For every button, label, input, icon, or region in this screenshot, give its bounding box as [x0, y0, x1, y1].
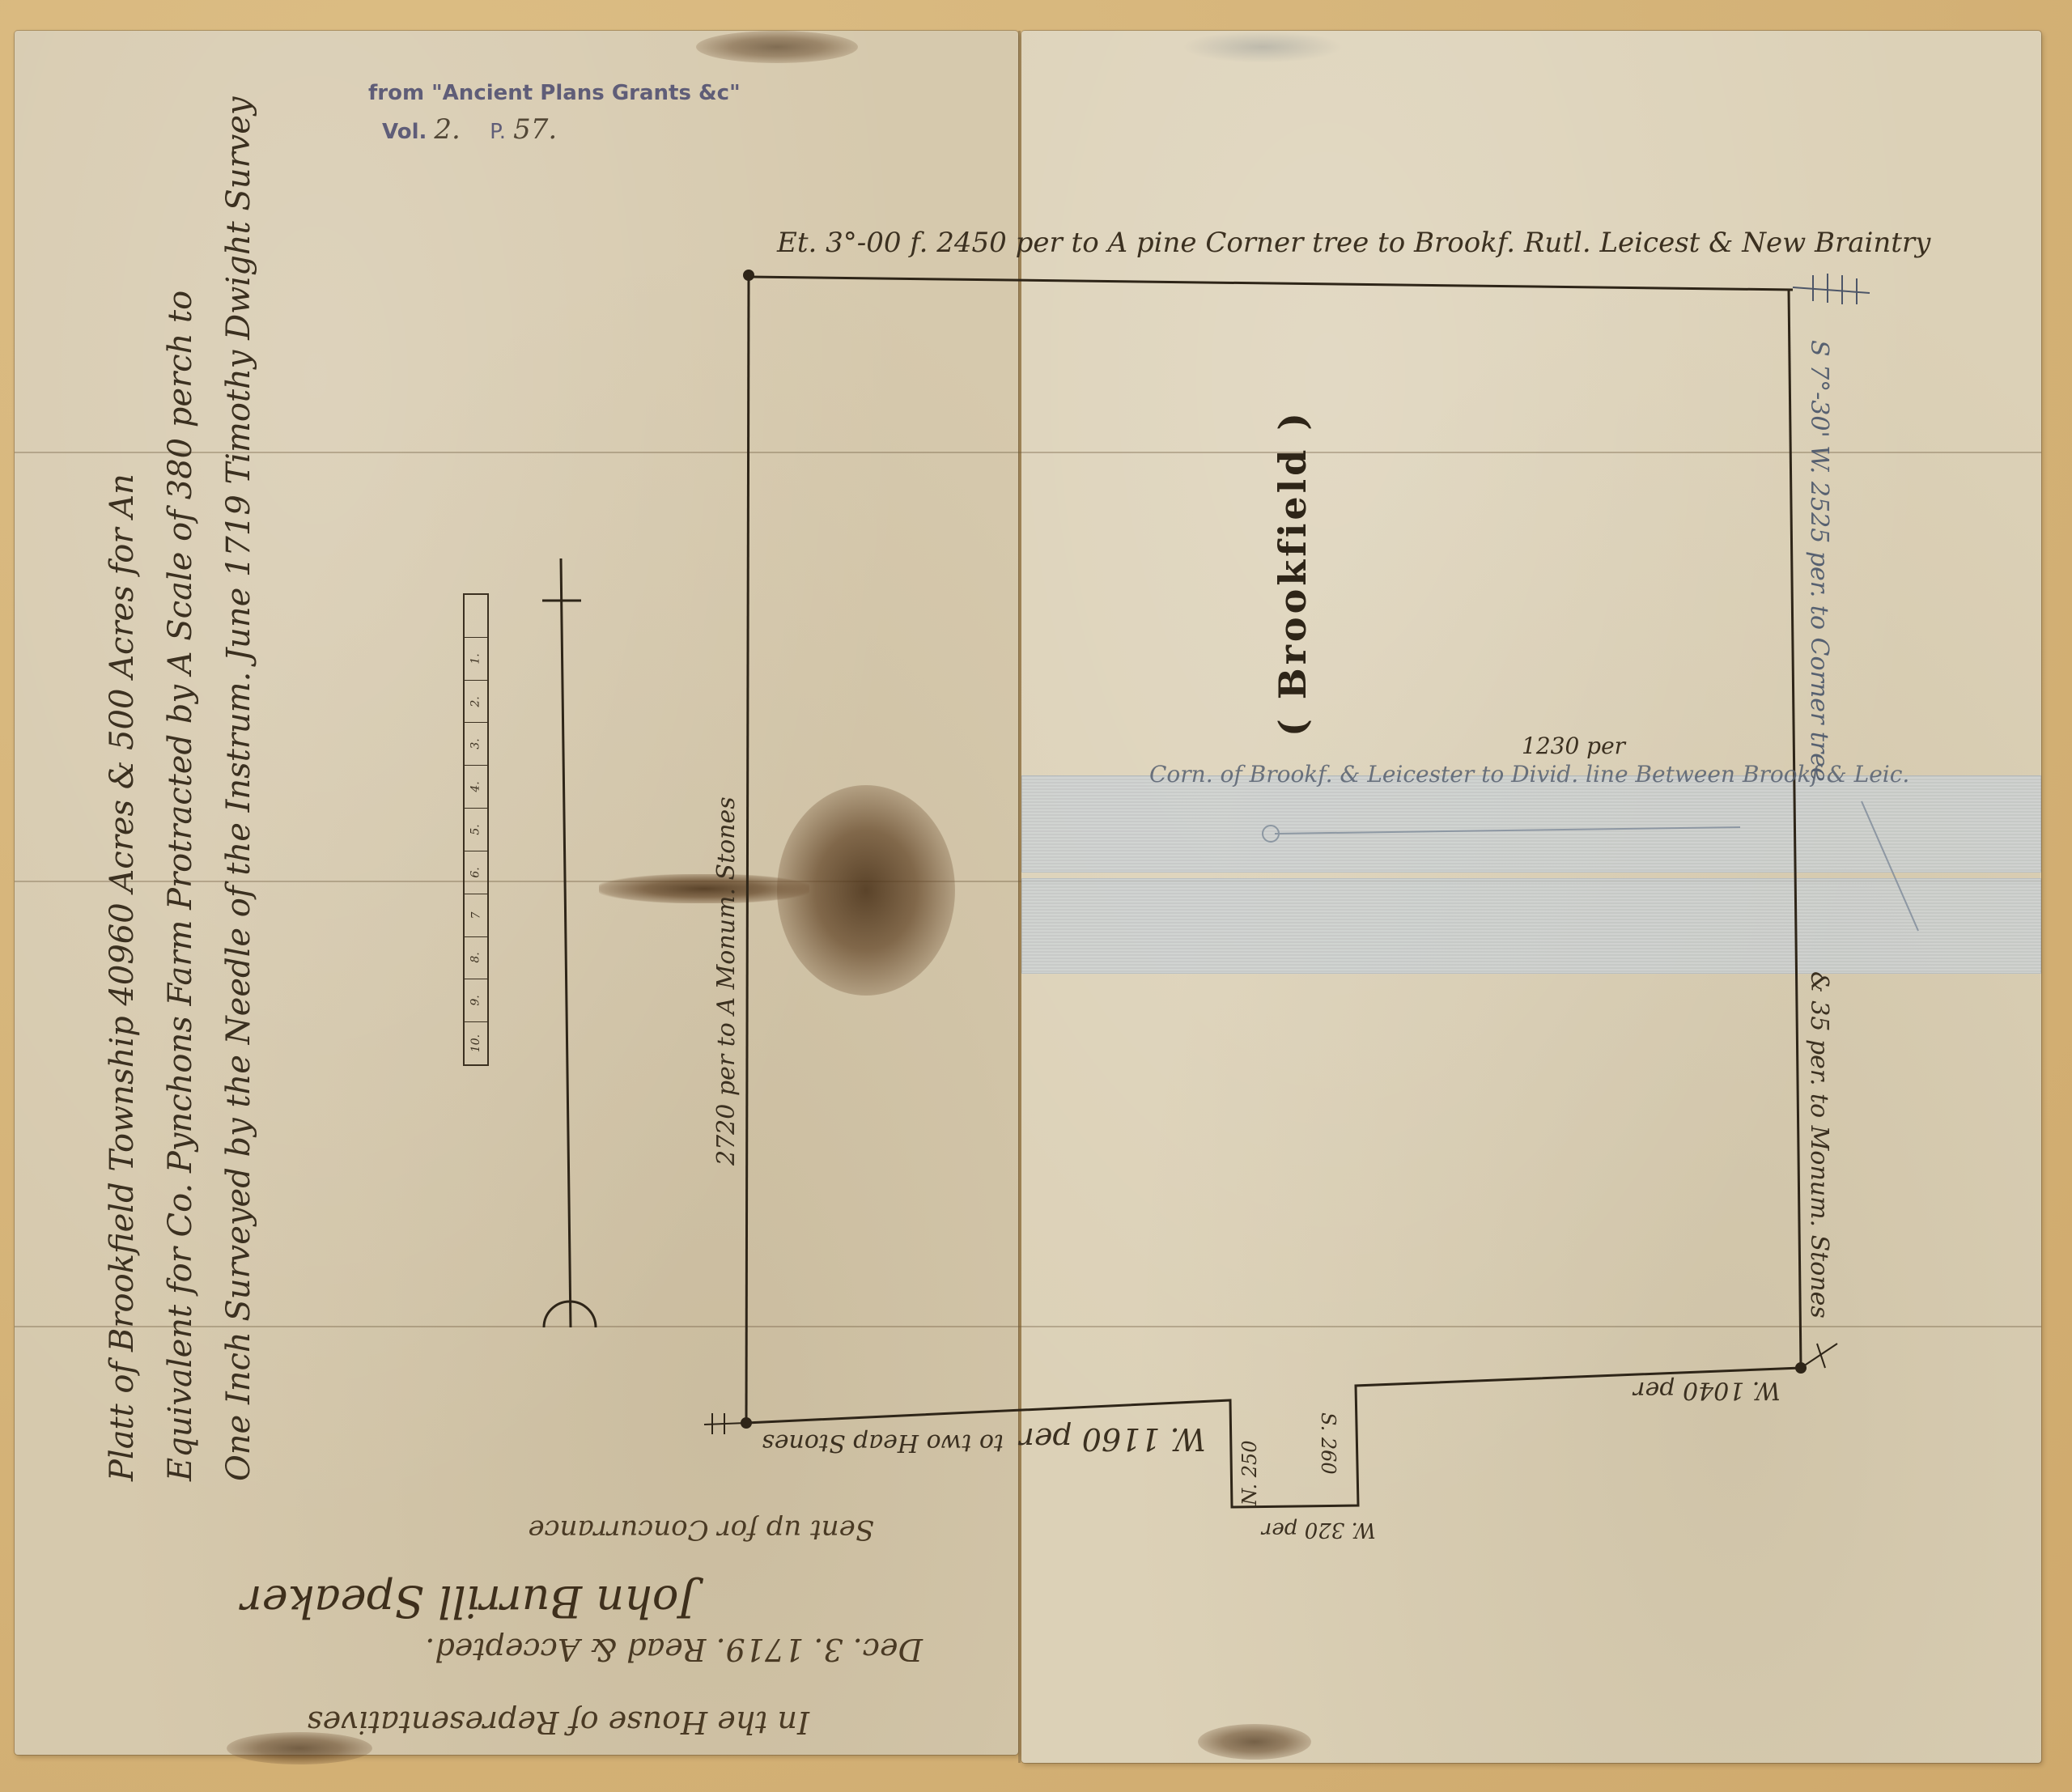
south-offset-250-label: N. 250	[1238, 1440, 1261, 1505]
east-boundary-upper-label: S 7°-30' W. 2525 per. to Corner tree	[1805, 340, 1833, 782]
endorsement-date: Dec. 3. 1719. Read & Accepted.	[425, 1632, 923, 1667]
scale-end-ticks	[465, 595, 487, 638]
endorsement-signature: John Burrill Speaker	[241, 1576, 696, 1627]
endorsement-house: In the House of Representatives	[307, 1705, 809, 1740]
south-boundary-east-label: W. 1040 per	[1633, 1376, 1781, 1404]
town-name-label: ( Brookfield )	[1271, 410, 1314, 737]
scale-division: 7	[465, 894, 487, 937]
south-boundary-320-label: W. 320 per	[1262, 1518, 1376, 1542]
scale-division: 9.	[465, 979, 487, 1022]
north-boundary-label: Et. 3°-00 f. 2450 per to A pine Corner t…	[777, 227, 1930, 259]
division-line-label: Corn. of Brookf. & Leicester to Divid. l…	[1149, 761, 1909, 788]
endorsement-concurrence: Sent up for Concurrance	[528, 1514, 874, 1546]
east-boundary-lower-label: & 35 per. to Monum. Stones	[1805, 971, 1833, 1319]
scale-division: 6.	[465, 851, 487, 894]
south-offset-260-label: S. 260	[1317, 1412, 1340, 1475]
division-line-length: 1230 per	[1522, 733, 1625, 759]
scale-bar: 1. 2. 3. 4. 5. 6. 7 8. 9. 10.	[463, 593, 489, 1066]
scale-division: 4.	[465, 766, 487, 809]
scale-division: 2.	[465, 681, 487, 724]
scale-division: 5.	[465, 809, 487, 851]
south-boundary-west-end-label: to two Heap Stones	[762, 1429, 1004, 1457]
south-boundary-west-label: W. 1160 per	[1020, 1421, 1206, 1457]
scale-division: 10.	[465, 1022, 487, 1064]
survey-boundary-plot	[0, 0, 2072, 1792]
west-boundary-label: 2720 per to A Monum. Stones	[712, 796, 741, 1166]
scale-division: 3.	[465, 723, 487, 766]
scale-division: 1.	[465, 638, 487, 681]
scale-division: 8.	[465, 937, 487, 980]
